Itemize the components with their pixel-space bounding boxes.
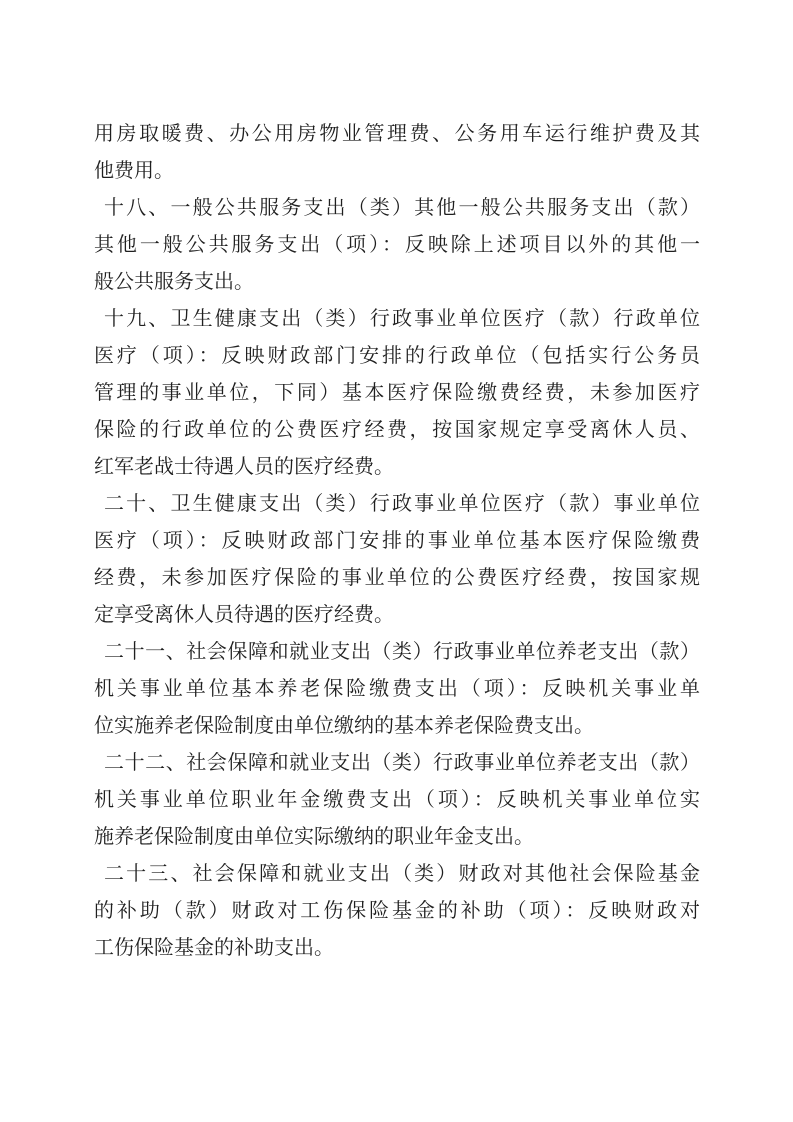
document-page: 用房取暖费、办公用房物业管理费、公务用车运行维护费及其他费用。十八、一般公共服务… [0, 0, 793, 1122]
text-line: 施养老保险制度由单位实际缴纳的职业年金支出。 [94, 819, 700, 856]
text-line: 二十、卫生健康支出（类）行政事业单位医疗（款）事业单位 [94, 486, 700, 523]
text-line: 用房取暖费、办公用房物业管理费、公务用车运行维护费及其 [94, 116, 700, 153]
text-line: 机关事业单位职业年金缴费支出（项）：反映机关事业单位实 [94, 782, 700, 819]
text-line: 的补助（款）财政对工伤保险基金的补助（项）：反映财政对 [94, 893, 700, 930]
text-line: 二十三、社会保障和就业支出（类）财政对其他社会保险基金 [94, 856, 700, 893]
text-line: 十九、卫生健康支出（类）行政事业单位医疗（款）行政单位 [94, 301, 700, 338]
text-line: 红军老战士待遇人员的医疗经费。 [94, 449, 700, 486]
text-line: 机关事业单位基本养老保险缴费支出（项）：反映机关事业单 [94, 671, 700, 708]
text-line: 管理的事业单位，下同）基本医疗保险缴费经费，未参加医疗 [94, 375, 700, 412]
text-line: 二十二、社会保障和就业支出（类）行政事业单位养老支出（款） [94, 745, 700, 782]
text-line: 位实施养老保险制度由单位缴纳的基本养老保险费支出。 [94, 708, 700, 745]
text-line: 经费，未参加医疗保险的事业单位的公费医疗经费，按国家规 [94, 560, 700, 597]
text-line: 保险的行政单位的公费医疗经费，按国家规定享受离休人员、 [94, 412, 700, 449]
text-line: 医疗（项）：反映财政部门安排的事业单位基本医疗保险缴费 [94, 523, 700, 560]
text-line: 医疗（项）：反映财政部门安排的行政单位（包括实行公务员 [94, 338, 700, 375]
text-line: 般公共服务支出。 [94, 264, 700, 301]
text-line: 十八、一般公共服务支出（类）其他一般公共服务支出（款） [94, 190, 700, 227]
text-line: 定享受离休人员待遇的医疗经费。 [94, 597, 700, 634]
text-line: 二十一、社会保障和就业支出（类）行政事业单位养老支出（款） [94, 634, 700, 671]
text-line: 其他一般公共服务支出（项）：反映除上述项目以外的其他一 [94, 227, 700, 264]
document-text: 用房取暖费、办公用房物业管理费、公务用车运行维护费及其他费用。十八、一般公共服务… [94, 116, 700, 967]
text-line: 工伤保险基金的补助支出。 [94, 930, 700, 967]
text-line: 他费用。 [94, 153, 700, 190]
